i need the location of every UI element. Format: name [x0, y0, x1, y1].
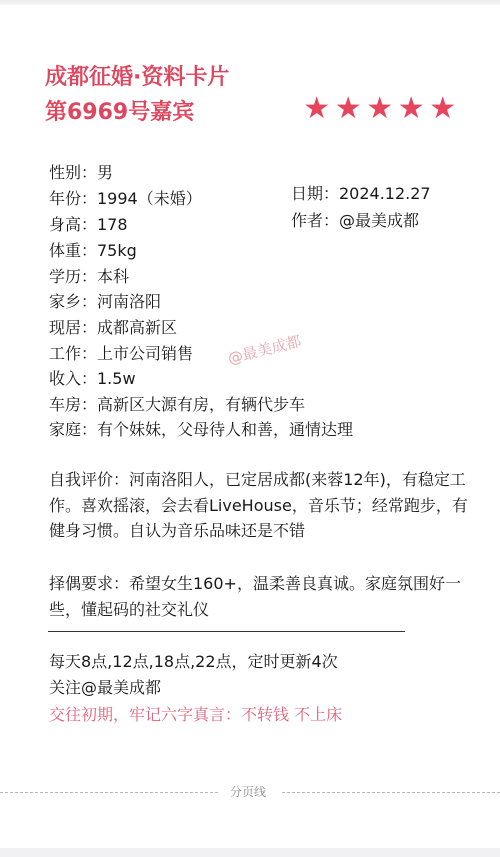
- field-weight: 体重：75kg: [49, 241, 137, 261]
- follow-note: 关注@最美成都: [49, 675, 161, 698]
- field-education: 学历：本科: [49, 267, 129, 287]
- guest-number: 第6969号嘉宾: [45, 95, 194, 126]
- star-rating: ★★★★★: [301, 92, 459, 126]
- field-gender: 性别：男: [49, 163, 113, 183]
- field-job: 工作：上市公司销售: [49, 344, 193, 364]
- field-family: 家庭：有个妹妹，父母待人和善，通情达理: [49, 420, 353, 440]
- star-icon: ★: [301, 92, 333, 126]
- star-icon: ★: [427, 92, 459, 126]
- page-break: 分页线: [0, 782, 500, 802]
- safety-warning: 交往初期，牢记六字真言：不转钱 不上床: [49, 702, 342, 725]
- top-bar: [0, 0, 500, 5]
- field-income: 收入：1.5w: [49, 369, 136, 389]
- watermark: @最美成都: [225, 330, 303, 369]
- field-birth-year: 年份：1994（未婚）: [49, 189, 202, 209]
- dashed-line-left: [0, 792, 218, 793]
- dashed-line-right: [282, 792, 500, 793]
- field-height: 身高：178: [49, 215, 128, 235]
- post-author: 作者：@最美成都: [291, 211, 419, 231]
- field-residence: 现居：成都高新区: [49, 318, 177, 338]
- page-break-label: 分页线: [230, 783, 266, 800]
- field-car-house: 车房：高新区大源有房，有辆代步车: [49, 395, 305, 415]
- self-evaluation: 自我评价：河南洛阳人，已定居成都(来蓉12年)，有稳定工作。喜欢摇滚，会去看Li…: [49, 467, 474, 544]
- divider: [48, 631, 405, 632]
- post-date: 日期：2024.12.27: [291, 184, 431, 204]
- field-hometown: 家乡：河南洛阳: [49, 292, 161, 312]
- card-title: 成都征婚·资料卡片: [45, 60, 229, 91]
- star-icon: ★: [364, 92, 396, 126]
- update-schedule: 每天8点,12点,18点,22点，定时更新4次: [49, 649, 338, 672]
- partner-requirements: 择偶要求：希望女生160+，温柔善良真诚。家庭氛围好一些，懂起码的社交礼仪: [49, 571, 474, 622]
- star-icon: ★: [333, 92, 365, 126]
- star-icon: ★: [396, 92, 428, 126]
- bottom-bar: [0, 848, 500, 857]
